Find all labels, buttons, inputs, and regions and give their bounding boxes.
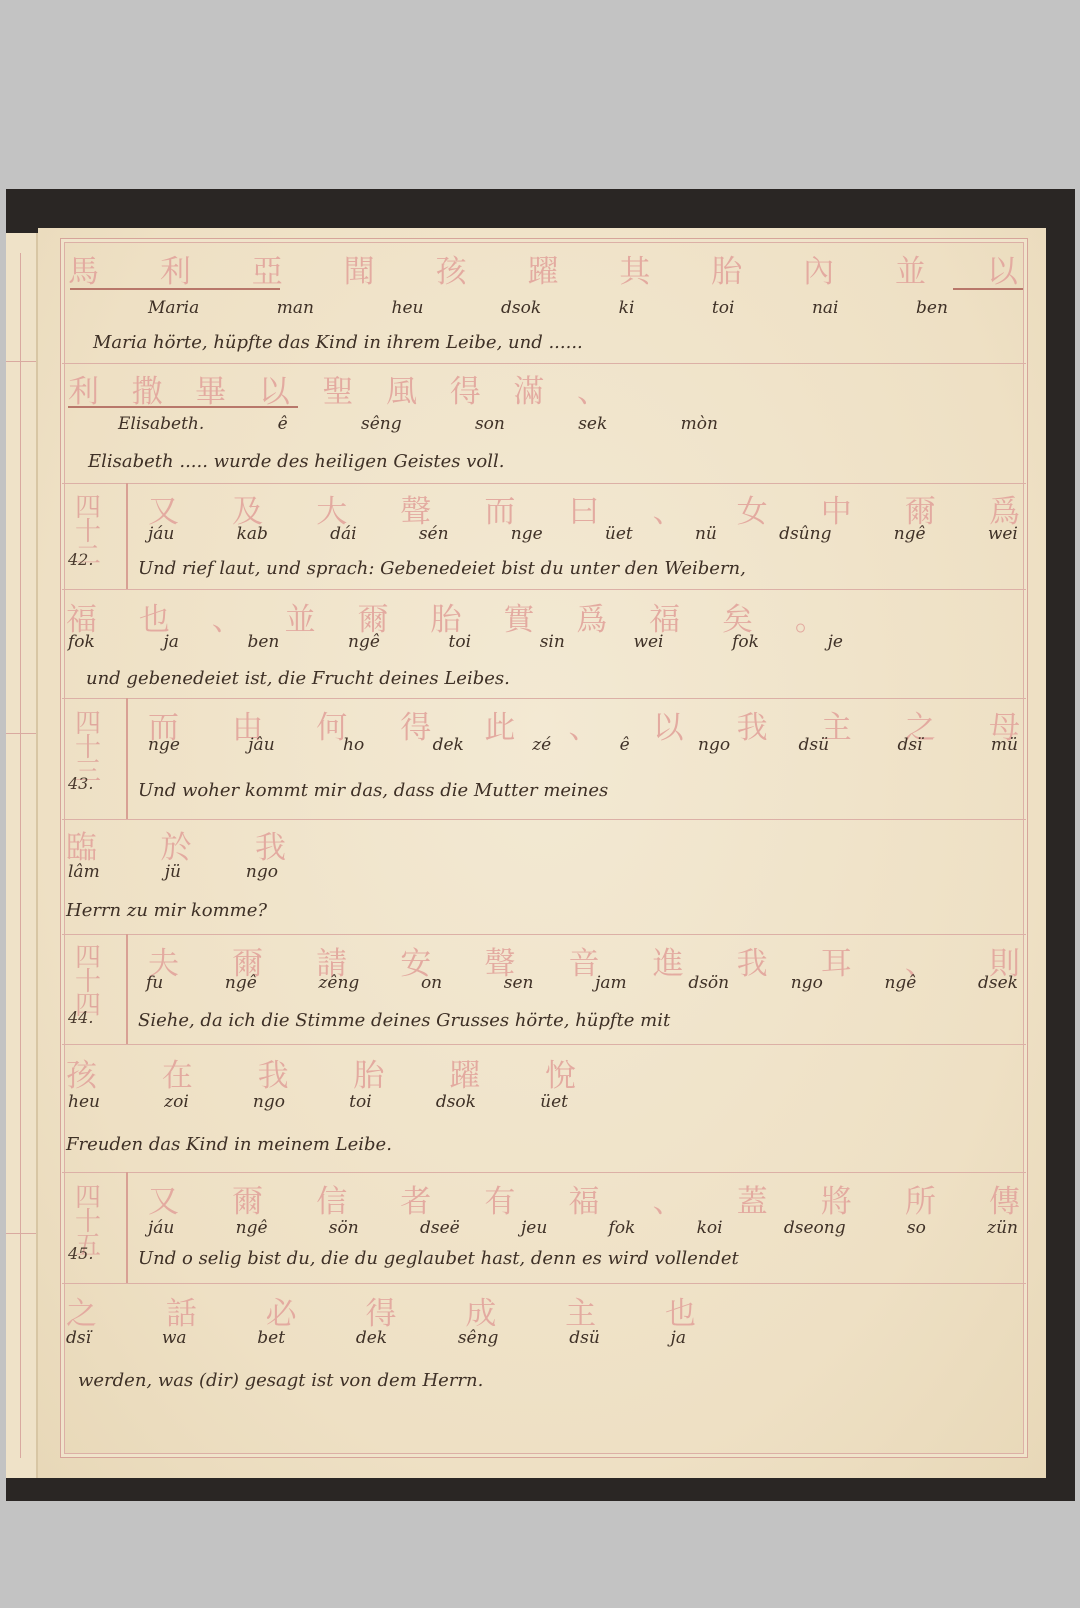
romanized-word: jáu bbox=[148, 524, 174, 544]
hanzi: 胎 bbox=[711, 246, 742, 291]
hanzi: 、 bbox=[577, 366, 608, 411]
hanzi: 又 bbox=[148, 1176, 179, 1221]
romanized-word: zün bbox=[987, 1218, 1018, 1238]
romanized-word: sön bbox=[329, 1218, 359, 1238]
german-translation: Siehe, da ich die Stimme deines Grusses … bbox=[138, 1010, 670, 1031]
romanized-word: fok bbox=[609, 1218, 636, 1238]
romanization-line: dsï wa bet dek sêng dsü ja bbox=[66, 1328, 686, 1348]
german-translation: und gebenedeiet ist, die Frucht deines L… bbox=[86, 668, 510, 689]
romanized-word: ê bbox=[620, 735, 630, 755]
romanized-word: wei bbox=[988, 524, 1018, 544]
german-translation: werden, was (dir) gesagt ist von dem Her… bbox=[78, 1370, 483, 1391]
romanized-word: ngê bbox=[236, 1218, 268, 1238]
romanized-word: dsok bbox=[501, 298, 541, 318]
hanzi: 利 bbox=[68, 366, 99, 411]
romanized-word: toi bbox=[349, 1092, 372, 1112]
german-translation: Maria hörte, hüpfte das Kind in ihrem Le… bbox=[93, 332, 583, 353]
hanzi: 亞 bbox=[252, 246, 283, 291]
row-rule bbox=[62, 698, 1026, 699]
romanization-line: jáu ngê sön dseë jeu fok koi dseong so z… bbox=[148, 1218, 1018, 1238]
romanized-word: man bbox=[277, 298, 314, 318]
romanized-word: ngo bbox=[791, 973, 823, 993]
hanzi: 胎 bbox=[353, 1050, 384, 1095]
row-rule bbox=[62, 934, 1026, 935]
row-rule bbox=[62, 483, 1026, 484]
romanized-word: bet bbox=[257, 1328, 285, 1348]
romanized-word: Elisabeth. bbox=[118, 414, 204, 434]
romanized-word: ngê bbox=[225, 973, 257, 993]
romanized-word: nü bbox=[695, 524, 717, 544]
romanized-word: ja bbox=[671, 1328, 686, 1348]
romanized-word: jü bbox=[165, 862, 181, 882]
name-underline bbox=[953, 288, 1023, 290]
hanzi: 信 bbox=[316, 1176, 347, 1221]
hanzi: 利 bbox=[160, 246, 191, 291]
romanized-word: nai bbox=[812, 298, 839, 318]
hanzi: 聞 bbox=[344, 246, 375, 291]
verse-column-divider bbox=[126, 698, 128, 819]
romanized-word: dái bbox=[330, 524, 356, 544]
romanized-word: sek bbox=[578, 414, 607, 434]
hanzi: 得 bbox=[365, 1288, 396, 1333]
romanized-word: nge bbox=[511, 524, 543, 544]
german-translation: Und o selig bist du, die du geglaubet ha… bbox=[138, 1248, 739, 1269]
hanzi: 話 bbox=[166, 1288, 197, 1333]
romanized-word: mòn bbox=[681, 414, 718, 434]
hanzi: 我 bbox=[258, 1050, 289, 1095]
verse-column-divider bbox=[126, 934, 128, 1044]
romanization-line: fu ngê zêng on sen jam dsön ngo ngê dsek bbox=[146, 973, 1018, 993]
hanzi: 、 bbox=[653, 1176, 684, 1221]
hanzi: 也 bbox=[665, 1288, 696, 1333]
romanized-word: Maria bbox=[148, 298, 199, 318]
hanzi: 馬 bbox=[68, 246, 99, 291]
romanized-word: mü bbox=[991, 735, 1018, 755]
chinese-line: 之 話 必 得 成 主 也 bbox=[66, 1288, 696, 1333]
verse-number: 45. bbox=[68, 1244, 93, 1263]
romanized-word: dsûng bbox=[779, 524, 831, 544]
romanization-line: nge jâu ho dek zé ê ngo dsü dsï mü bbox=[148, 735, 1018, 755]
romanized-word: üet bbox=[605, 524, 633, 544]
romanization-line: Maria man heu dsok ki toi nai ben bbox=[148, 298, 948, 318]
romanized-word: ja bbox=[163, 632, 178, 652]
verse-number: 44. bbox=[68, 1008, 93, 1027]
romanized-word: dsï bbox=[66, 1328, 91, 1348]
romanized-word: toi bbox=[712, 298, 735, 318]
chinese-line: 又 爾 信 者 有 福 、 蓋 將 所 傳 bbox=[148, 1176, 1020, 1221]
hanzi: 撒 bbox=[132, 366, 163, 411]
romanized-word: dsü bbox=[569, 1328, 600, 1348]
romanized-word: heu bbox=[392, 298, 424, 318]
romanized-word: fok bbox=[68, 632, 95, 652]
romanized-word: jeu bbox=[521, 1218, 547, 1238]
hanzi: 所 bbox=[905, 1176, 936, 1221]
chinese-line: 孩 在 我 胎 躍 悅 bbox=[66, 1050, 576, 1095]
verse-column-divider bbox=[126, 483, 128, 589]
hanzi: 福 bbox=[568, 1176, 599, 1221]
romanization-line: Elisabeth. ê sêng son sek mòn bbox=[118, 414, 718, 434]
hanzi: 風 bbox=[386, 366, 417, 411]
row-rule bbox=[62, 589, 1026, 590]
romanized-word: ki bbox=[619, 298, 635, 318]
hanzi: 得 bbox=[450, 366, 481, 411]
romanization-line: lâm jü ngo bbox=[68, 862, 278, 882]
romanized-word: zêng bbox=[318, 973, 359, 993]
romanized-word: dsek bbox=[978, 973, 1018, 993]
name-underline bbox=[70, 288, 280, 290]
hanzi: 成 bbox=[465, 1288, 496, 1333]
hanzi: 畢 bbox=[195, 366, 226, 411]
romanized-word: wa bbox=[162, 1328, 187, 1348]
romanized-word: ben bbox=[916, 298, 948, 318]
hanzi: 躍 bbox=[449, 1050, 480, 1095]
german-translation: Und woher kommt mir das, dass die Mutter… bbox=[138, 780, 608, 801]
previous-page-edge bbox=[6, 233, 38, 1478]
romanization-line: heu zoi ngo toi dsok üet bbox=[68, 1092, 568, 1112]
romanized-word: sén bbox=[419, 524, 449, 544]
manuscript-page: 馬 利 亞 聞 孩 躍 其 胎 內 並 以 Maria man heu dsok… bbox=[38, 228, 1046, 1478]
row-rule bbox=[62, 363, 1026, 364]
romanized-word: zé bbox=[532, 735, 551, 755]
hanzi: 傳 bbox=[989, 1176, 1020, 1221]
hanzi: 蓋 bbox=[737, 1176, 768, 1221]
hanzi: 必 bbox=[266, 1288, 297, 1333]
romanized-word: ben bbox=[247, 632, 279, 652]
hanzi: 內 bbox=[803, 246, 834, 291]
hanzi: 躍 bbox=[527, 246, 558, 291]
romanized-word: ngo bbox=[246, 862, 278, 882]
hanzi: 將 bbox=[821, 1176, 852, 1221]
romanized-word: je bbox=[828, 632, 843, 652]
romanized-word: fok bbox=[732, 632, 759, 652]
romanized-word: heu bbox=[68, 1092, 100, 1112]
romanized-word: fu bbox=[146, 973, 163, 993]
romanized-word: sen bbox=[504, 973, 534, 993]
german-translation: Und rief laut, und sprach: Gebenedeiet b… bbox=[138, 558, 746, 579]
romanized-word: ngê bbox=[884, 973, 916, 993]
romanized-word: ngê bbox=[348, 632, 380, 652]
hanzi: 有 bbox=[484, 1176, 515, 1221]
hanzi: 臨 bbox=[66, 822, 97, 867]
margin-rule bbox=[20, 253, 21, 1458]
romanized-word: dek bbox=[433, 735, 464, 755]
verse-column-divider bbox=[126, 1172, 128, 1283]
verse-number: 43. bbox=[68, 774, 93, 793]
row-rule bbox=[6, 733, 36, 734]
romanized-word: jáu bbox=[148, 1218, 174, 1238]
romanized-word: sêng bbox=[361, 414, 402, 434]
hanzi: 滿 bbox=[513, 366, 544, 411]
hanzi: 我 bbox=[255, 822, 286, 867]
row-rule bbox=[6, 1233, 36, 1234]
romanized-word: kab bbox=[237, 524, 268, 544]
hanzi: 其 bbox=[619, 246, 650, 291]
chinese-line: 馬 利 亞 聞 孩 躍 其 胎 內 並 以 bbox=[68, 246, 1018, 291]
german-translation: Freuden das Kind in meinem Leibe. bbox=[66, 1134, 392, 1155]
romanized-word: sin bbox=[540, 632, 565, 652]
romanized-word: on bbox=[421, 973, 442, 993]
romanized-word: toi bbox=[449, 632, 472, 652]
hanzi: 者 bbox=[400, 1176, 431, 1221]
romanized-word: nge bbox=[148, 735, 180, 755]
romanized-word: ngo bbox=[253, 1092, 285, 1112]
hanzi: 在 bbox=[162, 1050, 193, 1095]
hanzi: 孩 bbox=[436, 246, 467, 291]
romanized-word: koi bbox=[697, 1218, 723, 1238]
romanized-word: ngo bbox=[698, 735, 730, 755]
romanized-word: dsön bbox=[688, 973, 729, 993]
romanized-word: dsok bbox=[436, 1092, 476, 1112]
row-rule bbox=[62, 1283, 1026, 1284]
hanzi: 主 bbox=[565, 1288, 596, 1333]
romanized-word: wei bbox=[633, 632, 663, 652]
romanized-word: zoi bbox=[164, 1092, 189, 1112]
row-rule bbox=[62, 1172, 1026, 1173]
romanization-line: fok ja ben ngê toi sin wei fok je bbox=[68, 632, 843, 652]
romanization-line: jáu kab dái sén nge üet nü dsûng ngê wei bbox=[148, 524, 1018, 544]
romanized-word: dek bbox=[356, 1328, 387, 1348]
romanized-word: ho bbox=[343, 735, 364, 755]
hanzi: 並 bbox=[895, 246, 926, 291]
romanized-word: son bbox=[475, 414, 505, 434]
romanized-word: sêng bbox=[458, 1328, 499, 1348]
romanized-word: ê bbox=[278, 414, 288, 434]
hanzi: 之 bbox=[66, 1288, 97, 1333]
romanized-word: dsï bbox=[897, 735, 922, 755]
row-rule bbox=[62, 819, 1026, 820]
romanized-word: üet bbox=[540, 1092, 568, 1112]
german-translation: Elisabeth ..... wurde des heiligen Geist… bbox=[88, 451, 504, 472]
hanzi: 悅 bbox=[545, 1050, 576, 1095]
romanized-word: ngê bbox=[894, 524, 926, 544]
hanzi: 聖 bbox=[323, 366, 354, 411]
romanized-word: dsü bbox=[799, 735, 830, 755]
row-rule bbox=[62, 1044, 1026, 1045]
romanized-word: dseë bbox=[420, 1218, 460, 1238]
romanized-word: dseong bbox=[784, 1218, 846, 1238]
hanzi: 於 bbox=[161, 822, 192, 867]
hanzi: 孩 bbox=[66, 1050, 97, 1095]
chinese-line: 利 撒 畢 以 聖 風 得 滿 、 bbox=[68, 366, 608, 411]
row-rule bbox=[6, 361, 36, 362]
hanzi: 爾 bbox=[232, 1176, 263, 1221]
name-underline bbox=[68, 406, 298, 408]
romanized-word: so bbox=[907, 1218, 926, 1238]
romanized-word: jâu bbox=[248, 735, 274, 755]
verse-number: 42. bbox=[68, 550, 93, 569]
romanized-word: jam bbox=[595, 973, 627, 993]
hanzi: 以 bbox=[987, 246, 1018, 291]
romanized-word: lâm bbox=[68, 862, 100, 882]
chinese-line: 臨 於 我 bbox=[66, 822, 286, 867]
hanzi: 以 bbox=[259, 366, 290, 411]
german-translation: Herrn zu mir komme? bbox=[66, 900, 267, 921]
